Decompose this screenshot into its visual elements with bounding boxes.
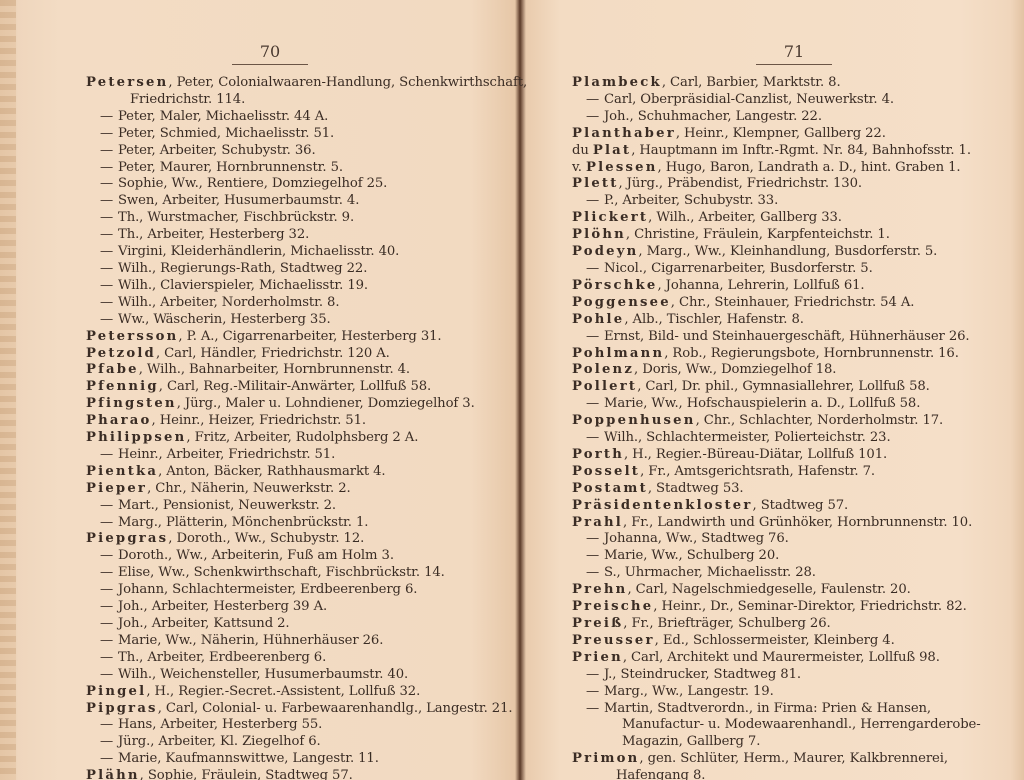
ditto-dash: —	[100, 176, 118, 193]
directory-entry: Preische, Heinr., Dr., Seminar-Direktor,…	[572, 599, 1012, 616]
entry-details: Elise, Ww., Schenkwirthschaft, Fischbrüc…	[118, 565, 445, 580]
ditto-dash: —	[586, 261, 604, 278]
entry-details: Heinr., Arbeiter, Friedrichstr. 51.	[118, 447, 335, 462]
surname: Poppenhusen	[572, 413, 696, 428]
directory-entry: Petersen, Peter, Colonialwaaren-Handlung…	[86, 75, 506, 109]
directory-entry: Petersson, P. A., Cigarrenarbeiter, Hest…	[86, 329, 506, 346]
entry-details: , Doroth., Ww., Schubystr. 12.	[168, 531, 364, 546]
ditto-dash: —	[586, 92, 604, 109]
entry-details: Joh., Arbeiter, Kattsund 2.	[118, 616, 290, 631]
entry-details: Peter, Maurer, Hornbrunnenstr. 5.	[118, 160, 343, 175]
ditto-dash: —	[100, 261, 118, 278]
entry-details: Wilh., Clavierspieler, Michaelisstr. 19.	[118, 278, 368, 293]
entry-details: Doroth., Ww., Arbeiterin, Fuß am Holm 3.	[118, 548, 394, 563]
surname: Preusser	[572, 633, 655, 648]
directory-sub-entry: —Johanna, Ww., Stadtweg 76.	[572, 531, 1012, 548]
surname: Pieper	[86, 481, 147, 496]
ditto-dash: —	[100, 160, 118, 177]
directory-entry: Pollert, Carl, Dr. phil., Gymnasiallehre…	[572, 379, 1012, 396]
ditto-dash: —	[100, 717, 118, 734]
directory-entry: Plöhn, Christine, Fräulein, Karpfenteich…	[572, 227, 1012, 244]
directory-sub-entry: —J., Steindrucker, Stadtweg 81.	[572, 667, 1012, 684]
directory-sub-entry: —Ww., Wäscherin, Hesterberg 35.	[86, 312, 506, 329]
entry-details: , Carl, Architekt und Maurermeister, Lol…	[623, 650, 940, 665]
directory-sub-entry: —Wilh., Schlachtermeister, Polierteichst…	[572, 430, 1012, 447]
entry-details: , Stadtweg 53.	[648, 481, 744, 496]
directory-sub-entry: —Hans, Arbeiter, Hesterberg 55.	[86, 717, 506, 734]
page-edges	[0, 0, 16, 780]
directory-sub-entry: —Heinr., Arbeiter, Friedrichstr. 51.	[86, 447, 506, 464]
page-number: 71	[754, 42, 834, 61]
name-prefix: v.	[572, 160, 586, 175]
surname: Plessen	[586, 160, 658, 175]
entry-details: Th., Arbeiter, Hesterberg 32.	[118, 227, 309, 242]
directory-entry: Pipgras, Carl, Colonial- u. Farbewaarenh…	[86, 701, 506, 718]
entry-details: , Fritz, Arbeiter, Rudolphsberg 2 A.	[186, 430, 418, 445]
entry-details: , Hugo, Baron, Landrath a. D., hint. Gra…	[658, 160, 961, 175]
directory-entry: Plambeck, Carl, Barbier, Marktstr. 8.	[572, 75, 1012, 92]
ditto-dash: —	[586, 548, 604, 565]
entry-details: , Fr., Briefträger, Schulberg 26.	[623, 616, 830, 631]
surname: Prien	[572, 650, 623, 665]
directory-sub-entry: —Peter, Maurer, Hornbrunnenstr. 5.	[86, 160, 506, 177]
directory-entries: Petersen, Peter, Colonialwaaren-Handlung…	[86, 75, 506, 780]
ditto-dash: —	[586, 193, 604, 210]
directory-entry: Poggensee, Chr., Steinhauer, Friedrichst…	[572, 295, 1012, 312]
directory-sub-entry: —Th., Arbeiter, Hesterberg 32.	[86, 227, 506, 244]
entry-details: Hans, Arbeiter, Hesterberg 55.	[118, 717, 322, 732]
entry-details: , Peter, Colonialwaaren-Handlung, Schenk…	[168, 75, 527, 90]
entry-details: Martin, Stadtverordn., in Firma: Prien &…	[604, 701, 931, 716]
directory-sub-entry: —Peter, Maler, Michaelisstr. 44 A.	[86, 109, 506, 126]
directory-sub-entry: —Wilh., Clavierspieler, Michaelisstr. 19…	[86, 278, 506, 295]
entry-continuation: Friedrichstr. 114.	[86, 92, 506, 109]
directory-sub-entry: —Jürg., Arbeiter, Kl. Ziegelhof 6.	[86, 734, 506, 751]
directory-sub-entry: —Wilh., Arbeiter, Norderholmstr. 8.	[86, 295, 506, 312]
directory-entry: Pieper, Chr., Näherin, Neuwerkstr. 2.	[86, 481, 506, 498]
ditto-dash: —	[586, 396, 604, 413]
directory-entry: Philippsen, Fritz, Arbeiter, Rudolphsber…	[86, 430, 506, 447]
directory-sub-entry: —Marg., Ww., Langestr. 19.	[572, 684, 1012, 701]
directory-sub-entry: —Wilh., Regierungs-Rath, Stadtweg 22.	[86, 261, 506, 278]
surname: Polenz	[572, 362, 634, 377]
directory-entry: Plickert, Wilh., Arbeiter, Gallberg 33.	[572, 210, 1012, 227]
surname: Pfennig	[86, 379, 159, 394]
directory-entry: Primon, gen. Schlüter, Herm., Maurer, Ka…	[572, 751, 1012, 780]
directory-sub-entry: —Joh., Schuhmacher, Langestr. 22.	[572, 109, 1012, 126]
directory-sub-entry: —Nicol., Cigarrenarbeiter, Busdorferstr.…	[572, 261, 1012, 278]
entry-details: Wilh., Arbeiter, Norderholmstr. 8.	[118, 295, 339, 310]
ditto-dash: —	[100, 548, 118, 565]
surname: Pohle	[572, 312, 624, 327]
entry-details: Marg., Plätterin, Mönchenbrückstr. 1.	[118, 515, 368, 530]
surname: Prahl	[572, 515, 623, 530]
ditto-dash: —	[100, 143, 118, 160]
directory-entry: v. Plessen, Hugo, Baron, Landrath a. D.,…	[572, 160, 1012, 177]
surname: Pfingsten	[86, 396, 177, 411]
ditto-dash: —	[100, 599, 118, 616]
surname: Pörschke	[572, 278, 657, 293]
surname: Pollert	[572, 379, 637, 394]
entry-details: , Chr., Steinhauer, Friedrichstr. 54 A.	[671, 295, 915, 310]
directory-entry: Pfennig, Carl, Reg.-Militair-Anwärter, L…	[86, 379, 506, 396]
surname: Präsidentenkloster	[572, 498, 753, 513]
surname: Plambeck	[572, 75, 662, 90]
surname: Plickert	[572, 210, 648, 225]
surname: Preische	[572, 599, 653, 614]
ditto-dash: —	[586, 531, 604, 548]
surname: Postamt	[572, 481, 648, 496]
directory-sub-entry: —Virgini, Kleiderhändlerin, Michaelisstr…	[86, 244, 506, 261]
directory-sub-entry: —Joh., Arbeiter, Hesterberg 39 A.	[86, 599, 506, 616]
surname: Petersson	[86, 329, 178, 344]
directory-sub-entry: —Ernst, Bild- und Steinhauergeschäft, Hü…	[572, 329, 1012, 346]
directory-entry: Pharao, Heinr., Heizer, Friedrichstr. 51…	[86, 413, 506, 430]
directory-sub-entry: —Marie, Kaufmannswittwe, Langestr. 11.	[86, 751, 506, 768]
directory-entry: Präsidentenkloster, Stadtweg 57.	[572, 498, 1012, 515]
directory-entry: Preiß, Fr., Briefträger, Schulberg 26.	[572, 616, 1012, 633]
directory-entry: Pohlmann, Rob., Regierungsbote, Hornbrun…	[572, 346, 1012, 363]
surname: Plähn	[86, 768, 140, 780]
ditto-dash: —	[100, 109, 118, 126]
surname: Planthaber	[572, 126, 676, 141]
directory-sub-entry: —Marie, Ww., Hofschauspielerin a. D., Lo…	[572, 396, 1012, 413]
entry-details: , Alb., Tischler, Hafenstr. 8.	[624, 312, 804, 327]
entry-details: Peter, Arbeiter, Schubystr. 36.	[118, 143, 316, 158]
ditto-dash: —	[100, 244, 118, 261]
ditto-dash: —	[586, 701, 604, 718]
surname: Plett	[572, 176, 619, 191]
ditto-dash: —	[100, 751, 118, 768]
entry-details: Th., Wurstmacher, Fischbrückstr. 9.	[118, 210, 354, 225]
directory-sub-entry: —Peter, Schmied, Michaelisstr. 51.	[86, 126, 506, 143]
entry-details: , Hauptmann im Inftr.-Rgmt. Nr. 84, Bahn…	[631, 143, 971, 158]
surname: Posselt	[572, 464, 640, 479]
directory-sub-entry: —Mart., Pensionist, Neuwerkstr. 2.	[86, 498, 506, 515]
entry-details: , Fr., Amtsgerichtsrath, Hafenstr. 7.	[640, 464, 875, 479]
entry-details: , Carl, Händler, Friedrichstr. 120 A.	[156, 346, 390, 361]
page-number-rule	[756, 64, 832, 65]
entry-details: , Rob., Regierungsbote, Hornbrunnenstr. …	[664, 346, 959, 361]
entry-details: Nicol., Cigarrenarbeiter, Busdorferstr. …	[604, 261, 873, 276]
page-number: 70	[230, 42, 310, 61]
entry-details: , Wilh., Bahnarbeiter, Hornbrunnenstr. 4…	[139, 362, 410, 377]
ditto-dash: —	[100, 565, 118, 582]
entry-details: , H., Regier.-Secret.-Assistent, Lollfuß…	[146, 684, 420, 699]
directory-sub-entry: —Johann, Schlachtermeister, Erdbeerenber…	[86, 582, 506, 599]
entry-details: Wilh., Weichensteller, Husumerbaumstr. 4…	[118, 667, 408, 682]
directory-entry: Planthaber, Heinr., Klempner, Gallberg 2…	[572, 126, 1012, 143]
surname: Primon	[572, 751, 639, 766]
entry-continuation: Hafengang 8.	[572, 768, 1012, 780]
entry-details: Marie, Ww., Näherin, Hühnerhäuser 26.	[118, 633, 383, 648]
directory-entry: Pfabe, Wilh., Bahnarbeiter, Hornbrunnens…	[86, 362, 506, 379]
ditto-dash: —	[100, 193, 118, 210]
entry-continuation: Manufactur- u. Modewaarenhandl., Herreng…	[586, 717, 1012, 734]
ditto-dash: —	[586, 684, 604, 701]
entry-details: , Doris, Ww., Domziegelhof 18.	[634, 362, 836, 377]
ditto-dash: —	[586, 109, 604, 126]
entry-details: , Carl, Colonial- u. Farbewaarenhandlg.,…	[158, 701, 513, 716]
entry-details: , Jürg., Maler u. Lohndiener, Domziegelh…	[177, 396, 475, 411]
directory-sub-entry: —Th., Arbeiter, Erdbeerenberg 6.	[86, 650, 506, 667]
surname: Petersen	[86, 75, 168, 90]
directory-entries: Plambeck, Carl, Barbier, Marktstr. 8.—Ca…	[572, 75, 1012, 780]
surname: Pharao	[86, 413, 152, 428]
directory-sub-entry: —Marie, Ww., Näherin, Hühnerhäuser 26.	[86, 633, 506, 650]
directory-entry: Preusser, Ed., Schlossermeister, Kleinbe…	[572, 633, 1012, 650]
entry-details: , Heinr., Dr., Seminar-Direktor, Friedri…	[653, 599, 966, 614]
ditto-dash: —	[100, 447, 118, 464]
entry-details: Th., Arbeiter, Erdbeerenberg 6.	[118, 650, 326, 665]
left-page: 70 Petersen, Peter, Colonialwaaren-Handl…	[18, 0, 516, 780]
entry-details: Peter, Schmied, Michaelisstr. 51.	[118, 126, 334, 141]
entry-details: , Heinr., Heizer, Friedrichstr. 51.	[152, 413, 366, 428]
ditto-dash: —	[100, 582, 118, 599]
entry-details: , H., Regier.-Büreau-Diätar, Lollfuß 101…	[624, 447, 887, 462]
ditto-dash: —	[100, 633, 118, 650]
directory-entry: Pientka, Anton, Bäcker, Rathhausmarkt 4.	[86, 464, 506, 481]
entry-details: , Carl, Dr. phil., Gymnasiallehrer, Loll…	[637, 379, 930, 394]
entry-details: Jürg., Arbeiter, Kl. Ziegelhof 6.	[118, 734, 321, 749]
entry-details: P., Arbeiter, Schubystr. 33.	[604, 193, 778, 208]
ditto-dash: —	[100, 227, 118, 244]
surname: Plöhn	[572, 227, 626, 242]
entry-details: Marie, Ww., Schulberg 20.	[604, 548, 779, 563]
directory-entry: Plähn, Sophie, Fräulein, Stadtweg 57.	[86, 768, 506, 780]
entry-details: Marie, Ww., Hofschauspielerin a. D., Lol…	[604, 396, 920, 411]
directory-entry: Postamt, Stadtweg 53.	[572, 481, 1012, 498]
surname: Plat	[593, 143, 631, 158]
directory-entry: du Plat, Hauptmann im Inftr.-Rgmt. Nr. 8…	[572, 143, 1012, 160]
surname: Petzold	[86, 346, 156, 361]
entry-details: Peter, Maler, Michaelisstr. 44 A.	[118, 109, 328, 124]
ditto-dash: —	[100, 126, 118, 143]
directory-entry: Posselt, Fr., Amtsgerichtsrath, Hafenstr…	[572, 464, 1012, 481]
ditto-dash: —	[586, 565, 604, 582]
entry-details: , Chr., Näherin, Neuwerkstr. 2.	[147, 481, 351, 496]
directory-entry: Pingel, H., Regier.-Secret.-Assistent, L…	[86, 684, 506, 701]
ditto-dash: —	[586, 667, 604, 684]
ditto-dash: —	[100, 210, 118, 227]
surname: Piepgras	[86, 531, 168, 546]
entry-details: Joh., Arbeiter, Hesterberg 39 A.	[118, 599, 327, 614]
directory-entry: Plett, Jürg., Präbendist, Friedrichstr. …	[572, 176, 1012, 193]
directory-sub-entry: —Martin, Stadtverordn., in Firma: Prien …	[572, 701, 1012, 752]
ditto-dash: —	[100, 498, 118, 515]
entry-details: , Fr., Landwirth und Grünhöker, Hornbrun…	[623, 515, 972, 530]
surname: Prehn	[572, 582, 627, 597]
directory-entry: Pfingsten, Jürg., Maler u. Lohndiener, D…	[86, 396, 506, 413]
entry-details: , Anton, Bäcker, Rathhausmarkt 4.	[158, 464, 385, 479]
ditto-dash: —	[100, 616, 118, 633]
right-page: 71 Plambeck, Carl, Barbier, Marktstr. 8.…	[526, 0, 1024, 780]
entry-details: , Marg., Ww., Kleinhandlung, Busdorferst…	[638, 244, 937, 259]
entry-details: , Heinr., Klempner, Gallberg 22.	[676, 126, 886, 141]
entry-details: Ww., Wäscherin, Hesterberg 35.	[118, 312, 331, 327]
page-number-rule	[232, 64, 308, 65]
entry-continuation: Magazin, Gallberg 7.	[586, 734, 1012, 751]
entry-details: , Jürg., Präbendist, Friedrichstr. 130.	[619, 176, 862, 191]
directory-sub-entry: —Swen, Arbeiter, Husumerbaumstr. 4.	[86, 193, 506, 210]
directory-sub-entry: —Marg., Plätterin, Mönchenbrückstr. 1.	[86, 515, 506, 532]
book-spread: 70 Petersen, Peter, Colonialwaaren-Handl…	[0, 0, 1024, 780]
entry-details: S., Uhrmacher, Michaelisstr. 28.	[604, 565, 816, 580]
directory-sub-entry: —Marie, Ww., Schulberg 20.	[572, 548, 1012, 565]
entry-details: , gen. Schlüter, Herm., Maurer, Kalkbren…	[639, 751, 948, 766]
entry-details: Marie, Kaufmannswittwe, Langestr. 11.	[118, 751, 379, 766]
entry-details: Johanna, Ww., Stadtweg 76.	[604, 531, 789, 546]
entry-details: Swen, Arbeiter, Husumerbaumstr. 4.	[118, 193, 359, 208]
entry-details: , Stadtweg 57.	[753, 498, 849, 513]
directory-entry: Prahl, Fr., Landwirth und Grünhöker, Hor…	[572, 515, 1012, 532]
ditto-dash: —	[100, 295, 118, 312]
directory-entry: Pohle, Alb., Tischler, Hafenstr. 8.	[572, 312, 1012, 329]
ditto-dash: —	[100, 650, 118, 667]
surname: Pohlmann	[572, 346, 664, 361]
ditto-dash: —	[586, 430, 604, 447]
directory-sub-entry: —Elise, Ww., Schenkwirthschaft, Fischbrü…	[86, 565, 506, 582]
directory-entry: Petzold, Carl, Händler, Friedrichstr. 12…	[86, 346, 506, 363]
ditto-dash: —	[100, 667, 118, 684]
ditto-dash: —	[100, 312, 118, 329]
entry-details: J., Steindrucker, Stadtweg 81.	[604, 667, 801, 682]
entry-details: , Carl, Reg.-Militair-Anwärter, Lollfuß …	[159, 379, 431, 394]
entry-details: Wilh., Regierungs-Rath, Stadtweg 22.	[118, 261, 367, 276]
surname: Philippsen	[86, 430, 186, 445]
ditto-dash: —	[586, 329, 604, 346]
directory-sub-entry: —P., Arbeiter, Schubystr. 33.	[572, 193, 1012, 210]
directory-entry: Pörschke, Johanna, Lehrerin, Lollfuß 61.	[572, 278, 1012, 295]
surname: Pientka	[86, 464, 158, 479]
surname: Pfabe	[86, 362, 139, 377]
ditto-dash: —	[100, 515, 118, 532]
entry-details: Mart., Pensionist, Neuwerkstr. 2.	[118, 498, 336, 513]
surname: Porth	[572, 447, 624, 462]
ditto-dash: —	[100, 734, 118, 751]
directory-sub-entry: —Peter, Arbeiter, Schubystr. 36.	[86, 143, 506, 160]
directory-entry: Prien, Carl, Architekt und Maurermeister…	[572, 650, 1012, 667]
surname: Podeyn	[572, 244, 638, 259]
entry-details: , Ed., Schlossermeister, Kleinberg 4.	[655, 633, 895, 648]
entry-details: Ernst, Bild- und Steinhauergeschäft, Hüh…	[604, 329, 970, 344]
name-prefix: du	[572, 143, 593, 158]
entry-details: , P. A., Cigarrenarbeiter, Hesterberg 31…	[178, 329, 441, 344]
entry-details: Marg., Ww., Langestr. 19.	[604, 684, 774, 699]
surname: Preiß	[572, 616, 623, 631]
surname: Poggensee	[572, 295, 671, 310]
surname: Pipgras	[86, 701, 158, 716]
entry-details: Johann, Schlachtermeister, Erdbeerenberg…	[118, 582, 417, 597]
entry-details: , Christine, Fräulein, Karpfenteichstr. …	[626, 227, 890, 242]
entry-details: Virgini, Kleiderhändlerin, Michaelisstr.…	[118, 244, 399, 259]
directory-entry: Podeyn, Marg., Ww., Kleinhandlung, Busdo…	[572, 244, 1012, 261]
entry-details: , Carl, Nagelschmiedgeselle, Faulenstr. …	[627, 582, 910, 597]
directory-sub-entry: —Sophie, Ww., Rentiere, Domziegelhof 25.	[86, 176, 506, 193]
directory-sub-entry: —Carl, Oberpräsidial-Canzlist, Neuwerkst…	[572, 92, 1012, 109]
entry-details: , Johanna, Lehrerin, Lollfuß 61.	[657, 278, 864, 293]
directory-entry: Poppenhusen, Chr., Schlachter, Norderhol…	[572, 413, 1012, 430]
directory-sub-entry: —Th., Wurstmacher, Fischbrückstr. 9.	[86, 210, 506, 227]
entry-details: Carl, Oberpräsidial-Canzlist, Neuwerkstr…	[604, 92, 894, 107]
directory-entry: Piepgras, Doroth., Ww., Schubystr. 12.	[86, 531, 506, 548]
entry-details: Wilh., Schlachtermeister, Polierteichstr…	[604, 430, 891, 445]
directory-entry: Prehn, Carl, Nagelschmiedgeselle, Faulen…	[572, 582, 1012, 599]
entry-details: , Chr., Schlachter, Norderholmstr. 17.	[696, 413, 944, 428]
directory-sub-entry: —S., Uhrmacher, Michaelisstr. 28.	[572, 565, 1012, 582]
entry-details: , Wilh., Arbeiter, Gallberg 33.	[648, 210, 842, 225]
entry-details: Joh., Schuhmacher, Langestr. 22.	[604, 109, 822, 124]
entry-details: , Sophie, Fräulein, Stadtweg 57.	[140, 768, 353, 780]
directory-sub-entry: —Joh., Arbeiter, Kattsund 2.	[86, 616, 506, 633]
directory-entry: Polenz, Doris, Ww., Domziegelhof 18.	[572, 362, 1012, 379]
directory-sub-entry: —Wilh., Weichensteller, Husumerbaumstr. …	[86, 667, 506, 684]
directory-sub-entry: —Doroth., Ww., Arbeiterin, Fuß am Holm 3…	[86, 548, 506, 565]
entry-details: , Carl, Barbier, Marktstr. 8.	[662, 75, 841, 90]
surname: Pingel	[86, 684, 146, 699]
directory-entry: Porth, H., Regier.-Büreau-Diätar, Lollfu…	[572, 447, 1012, 464]
ditto-dash: —	[100, 278, 118, 295]
entry-details: Sophie, Ww., Rentiere, Domziegelhof 25.	[118, 176, 387, 191]
